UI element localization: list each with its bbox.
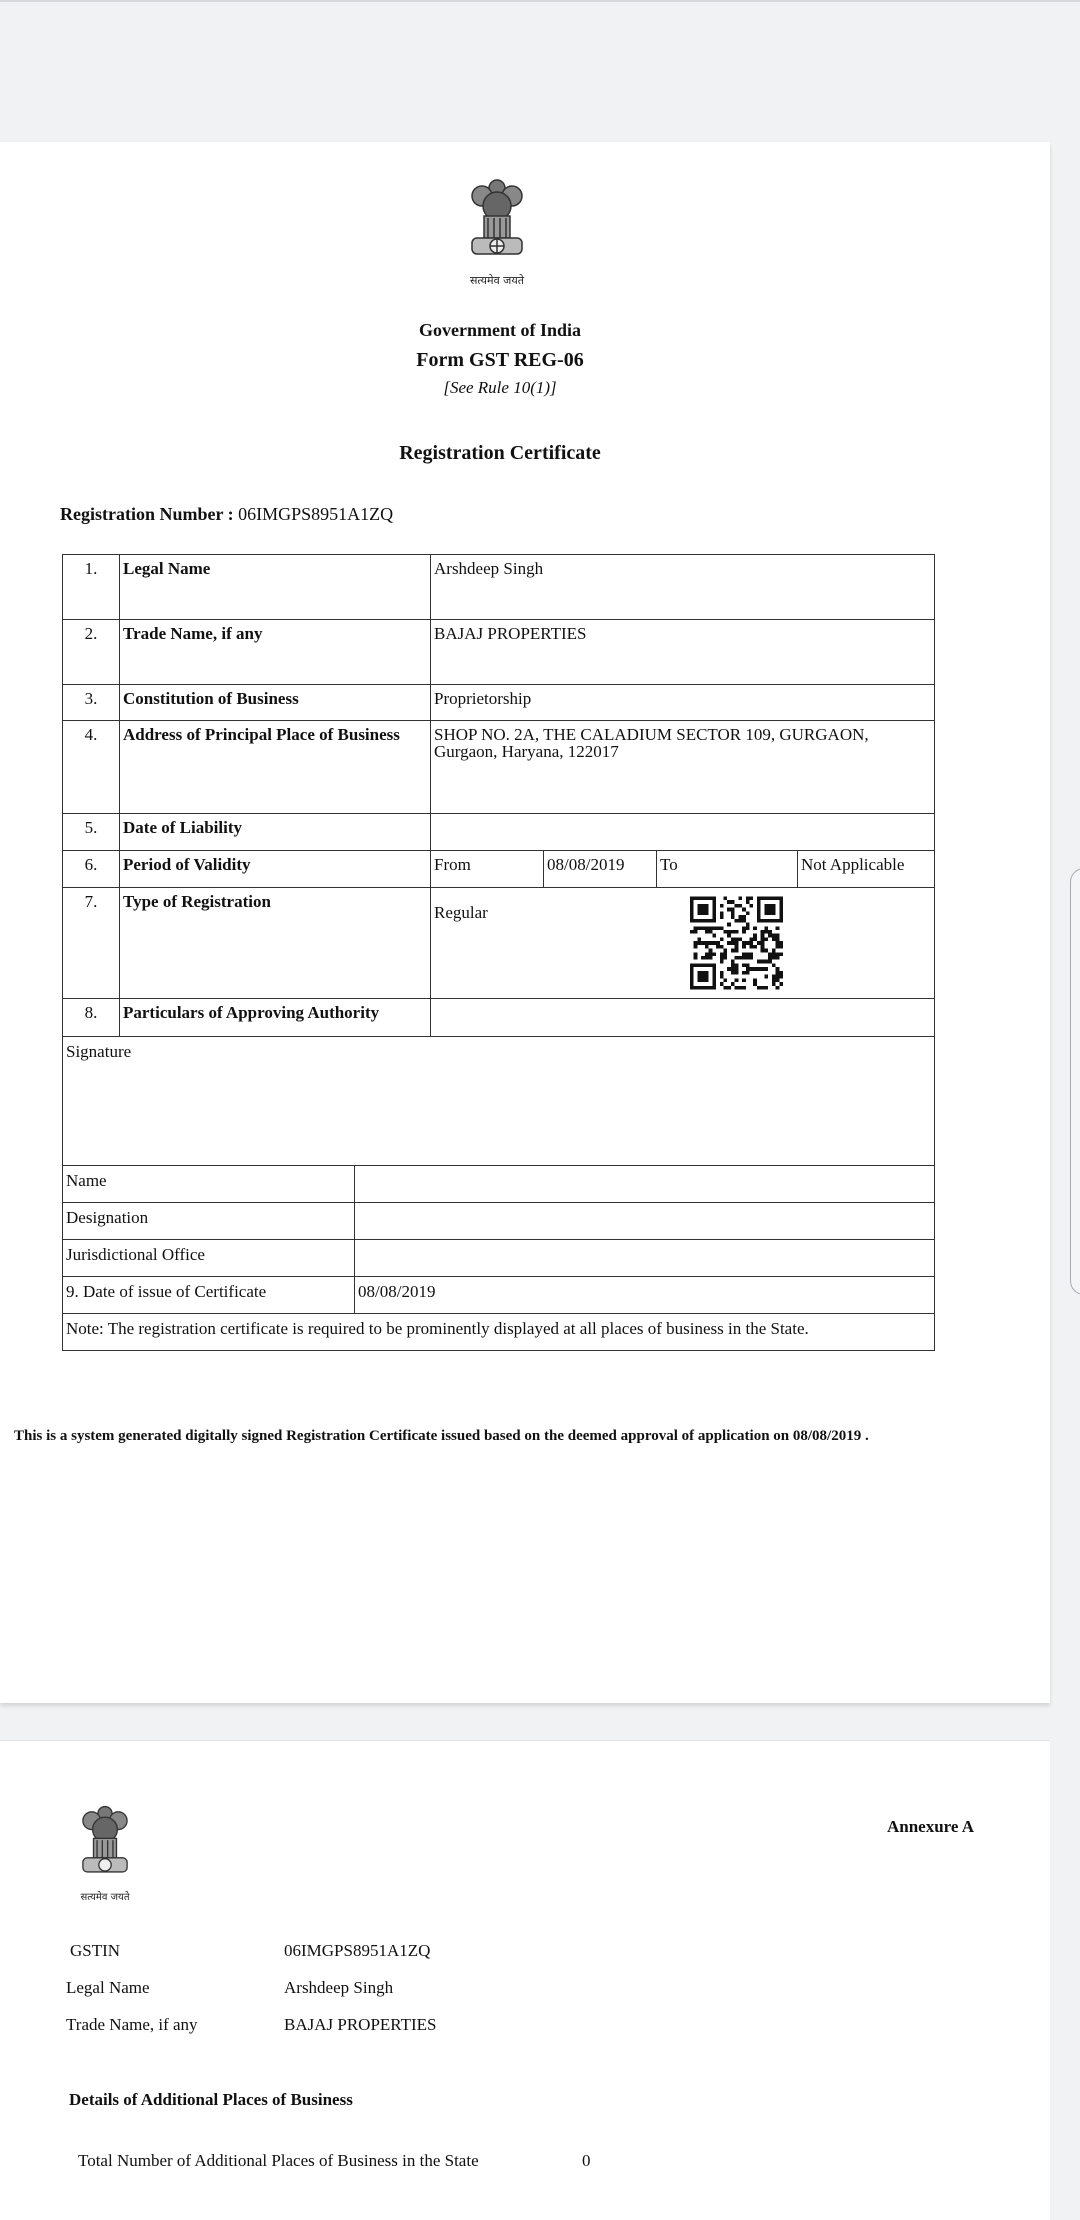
top-edge — [0, 0, 1080, 2]
jurisdictional-office-label: Jurisdictional Office — [63, 1240, 355, 1277]
authority-name-value — [355, 1166, 935, 1203]
trade-name-label: Trade Name, if any — [66, 2015, 198, 2035]
signature-label: Signature — [63, 1037, 935, 1166]
table-row: 7. Type of Registration Regular — [63, 888, 935, 999]
trade-name-value: BAJAJ PROPERTIES — [284, 2015, 437, 2035]
legal-name-value: Arshdeep Singh — [284, 1978, 393, 1998]
gstin-label: GSTIN — [70, 1941, 120, 1961]
registration-number-label: Registration Number : — [60, 504, 234, 524]
row-label: Particulars of Approving Authority — [120, 999, 431, 1037]
emblem-motto: सत्यमेव जयते — [74, 1889, 136, 1903]
table-row: Jurisdictional Office — [63, 1240, 935, 1277]
table-row: 8. Particulars of Approving Authority — [63, 999, 935, 1037]
row-label: Address of Principal Place of Business — [120, 721, 431, 814]
validity-to-value: Not Applicable — [798, 851, 935, 888]
issue-date-label: 9. Date of issue of Certificate — [63, 1277, 355, 1314]
annexure-page: सत्यमेव जयते Annexure A GSTIN 06IMGPS895… — [0, 1740, 1050, 2220]
designation-label: Designation — [63, 1203, 355, 1240]
note-row: Note: The registration certificate is re… — [63, 1314, 935, 1351]
signature-row: Signature — [63, 1037, 935, 1166]
row-number: 8. — [63, 999, 120, 1037]
row-label: Date of Liability — [120, 814, 431, 851]
scroll-handle[interactable] — [1070, 868, 1080, 1295]
table-row: Designation — [63, 1203, 935, 1240]
system-generated-note: This is a system generated digitally sig… — [14, 1428, 869, 1445]
validity-from-label: From — [431, 851, 544, 888]
row-label: Constitution of Business — [120, 685, 431, 721]
additional-places-total-label: Total Number of Additional Places of Bus… — [78, 2151, 479, 2171]
registration-details-table: 1. Legal Name Arshdeep Singh 2. Trade Na… — [62, 554, 935, 1037]
additional-places-total-value: 0 — [582, 2151, 591, 2171]
authority-name-label: Name — [63, 1166, 355, 1203]
row-number: 4. — [63, 721, 120, 814]
annexure-title: Annexure A — [887, 1817, 974, 1837]
national-emblem-icon: सत्यमेव जयते — [74, 1803, 136, 1903]
row-number: 6. — [63, 851, 120, 888]
row-label: Legal Name — [120, 555, 431, 620]
approving-authority-value — [431, 999, 935, 1037]
constitution-value: Proprietorship — [431, 685, 935, 721]
rule-reference: [See Rule 10(1)] — [0, 378, 1000, 398]
table-row: 5. Date of Liability — [63, 814, 935, 851]
display-note: Note: The registration certificate is re… — [63, 1314, 935, 1351]
row-label: Type of Registration — [120, 888, 431, 999]
validity-to-label: To — [657, 851, 798, 888]
row-label: Trade Name, if any — [120, 620, 431, 685]
certificate-title: Registration Certificate — [0, 442, 1000, 465]
table-row: 2. Trade Name, if any BAJAJ PROPERTIES — [63, 620, 935, 685]
row-number: 7. — [63, 888, 120, 999]
qr-code-icon — [690, 896, 783, 990]
legal-name-value: Arshdeep Singh — [431, 555, 935, 620]
trade-name-value: BAJAJ PROPERTIES — [431, 620, 935, 685]
registration-number: 06IMGPS8951A1ZQ — [238, 504, 393, 524]
legal-name-label: Legal Name — [66, 1978, 150, 1998]
table-row: 9. Date of issue of Certificate 08/08/20… — [63, 1277, 935, 1314]
approval-table: Signature Name Designation Jurisdictiona… — [62, 1036, 935, 1351]
validity-from-value: 08/08/2019 — [544, 851, 657, 888]
gstin-value: 06IMGPS8951A1ZQ — [284, 1941, 430, 1961]
row-number: 3. — [63, 685, 120, 721]
government-heading: Government of India — [0, 320, 1000, 341]
registration-number-line: Registration Number : 06IMGPS8951A1ZQ — [60, 504, 393, 525]
table-row: 4. Address of Principal Place of Busines… — [63, 721, 935, 814]
additional-places-heading: Details of Additional Places of Business — [69, 2090, 353, 2110]
table-row: 3. Constitution of Business Proprietorsh… — [63, 685, 935, 721]
row-number: 2. — [63, 620, 120, 685]
table-row: Name — [63, 1166, 935, 1203]
row-number: 1. — [63, 555, 120, 620]
form-title: Form GST REG-06 — [0, 349, 1000, 372]
date-of-liability-value — [431, 814, 935, 851]
jurisdictional-office-value — [355, 1240, 935, 1277]
address-value: SHOP NO. 2A, THE CALADIUM SECTOR 109, GU… — [431, 721, 935, 814]
table-row: 6. Period of Validity From 08/08/2019 To… — [63, 851, 935, 888]
table-row: 1. Legal Name Arshdeep Singh — [63, 555, 935, 620]
designation-value — [355, 1203, 935, 1240]
emblem-motto: सत्यमेव जयते — [462, 273, 532, 288]
issue-date-value: 08/08/2019 — [355, 1277, 935, 1314]
row-number: 5. — [63, 814, 120, 851]
registration-type-value: Regular — [431, 888, 935, 999]
national-emblem-icon: सत्यमेव जयते — [462, 176, 532, 288]
row-label: Period of Validity — [120, 851, 431, 888]
